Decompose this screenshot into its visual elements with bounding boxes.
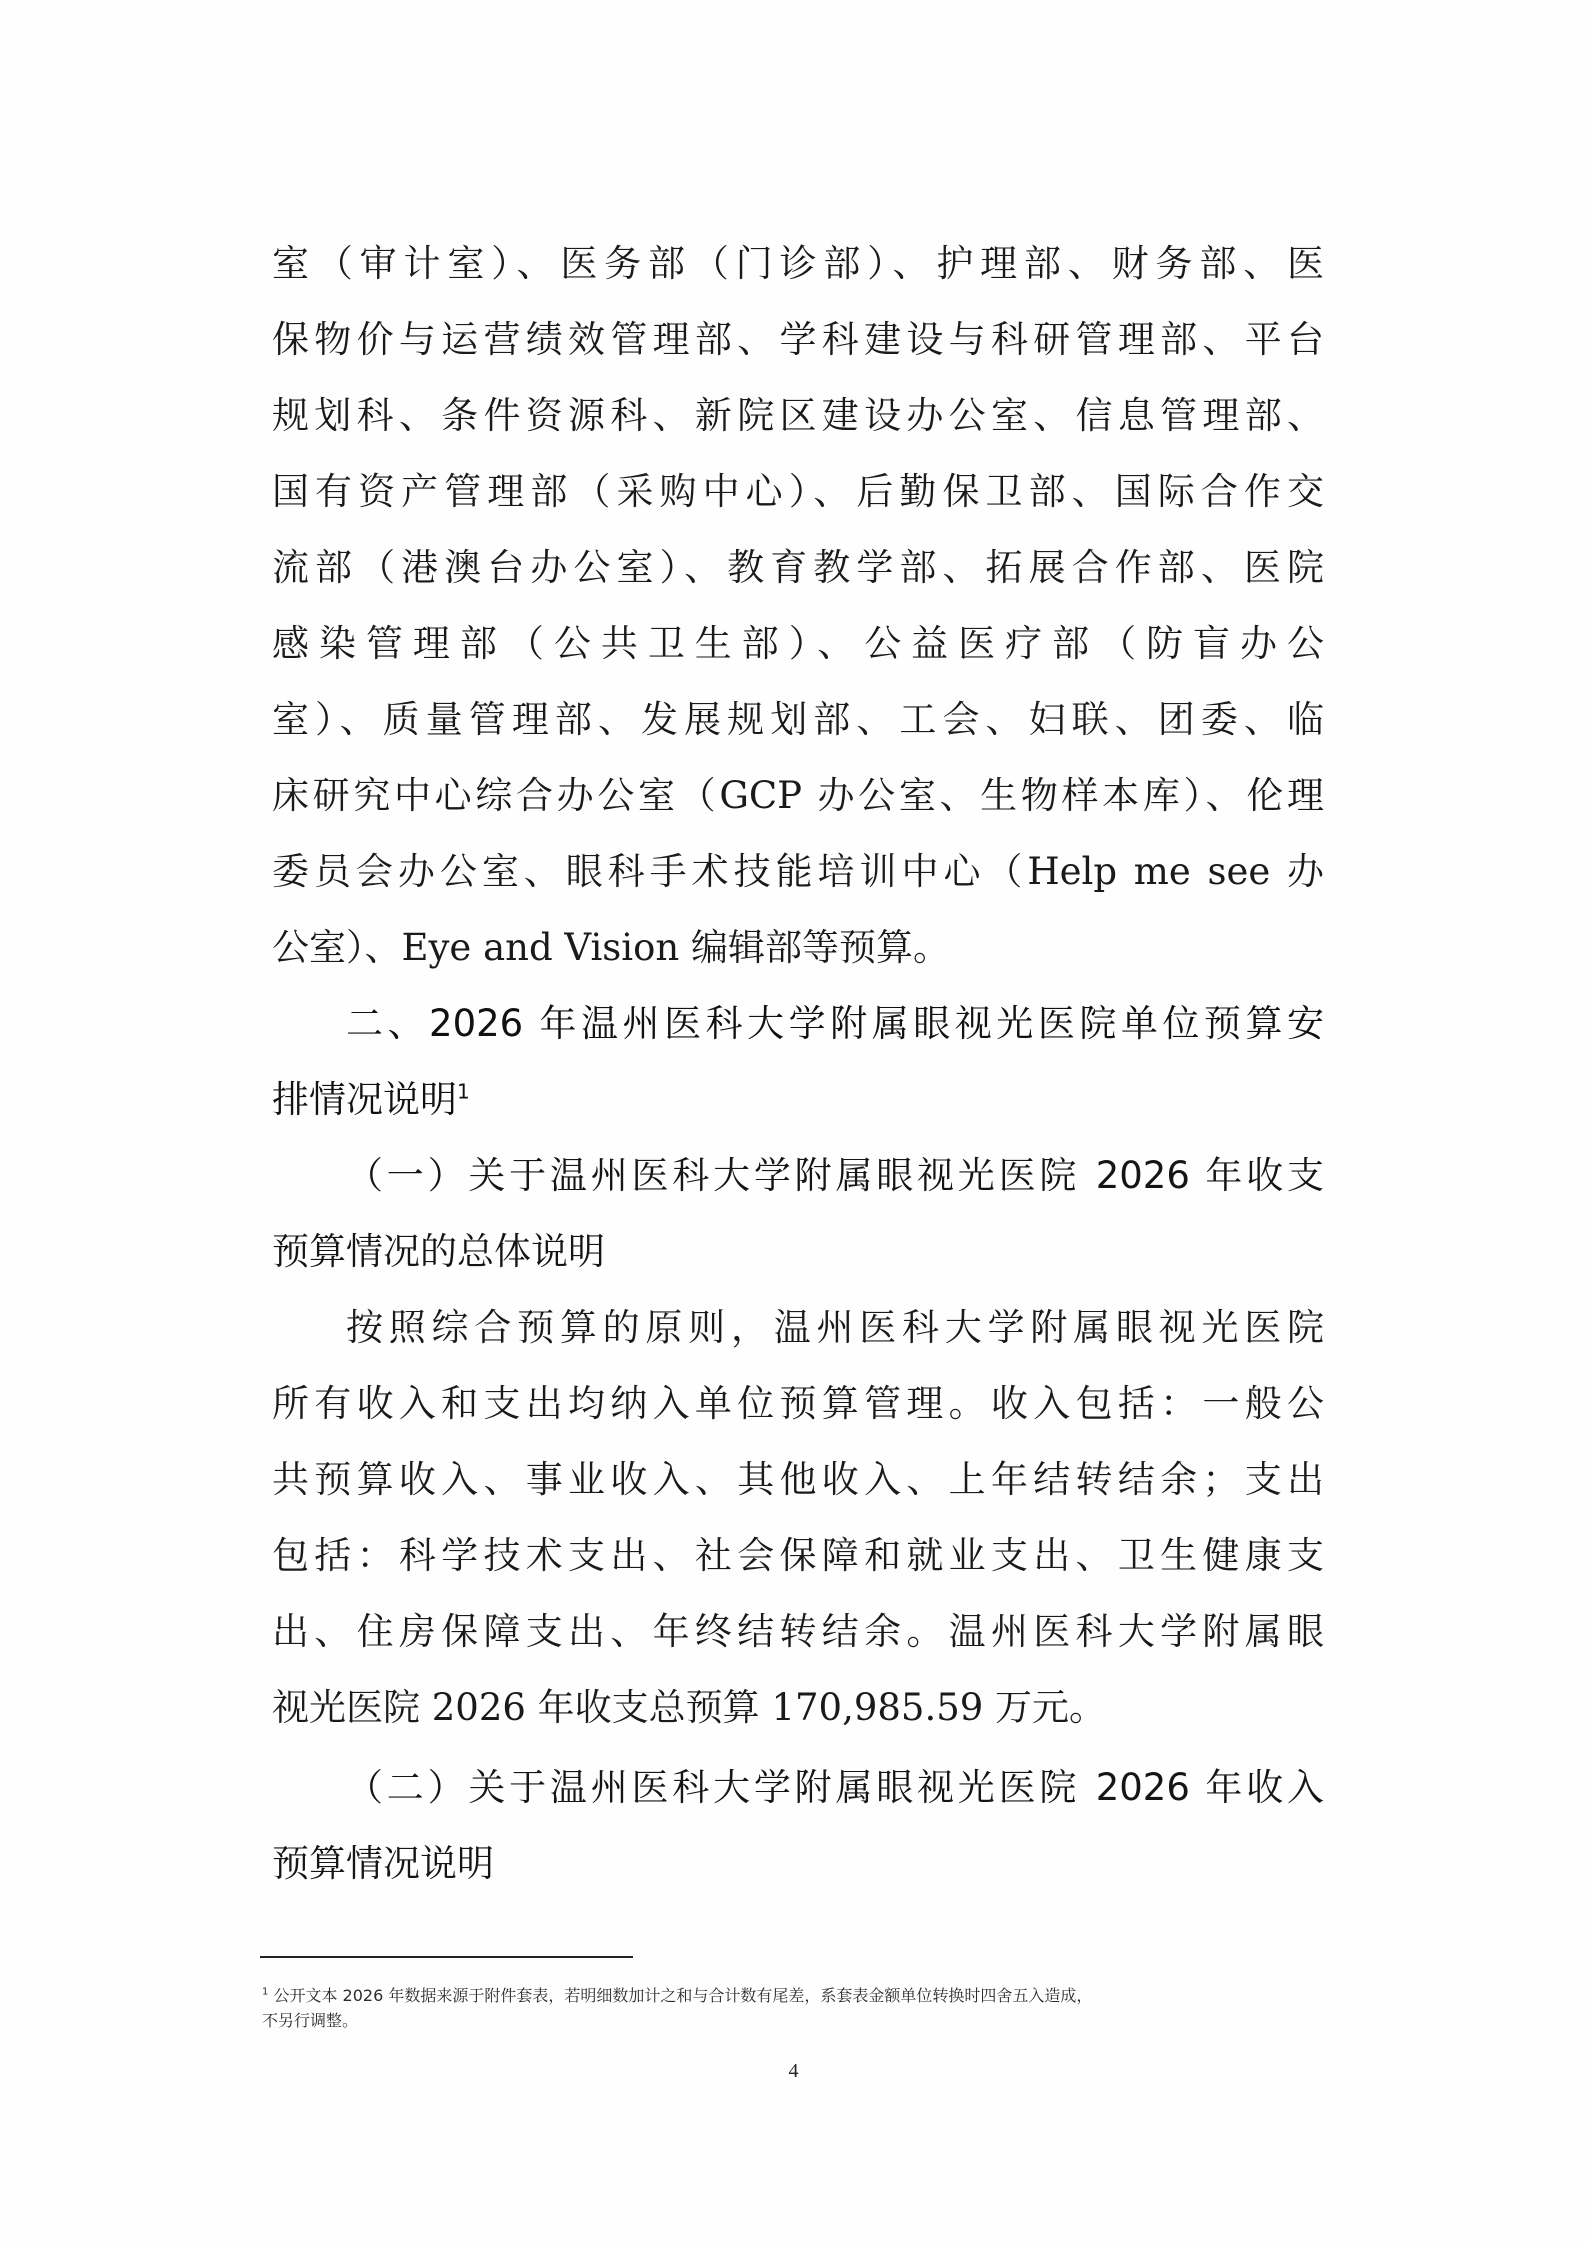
- section-heading-text: 排情况说明: [272, 1078, 457, 1121]
- body-line: 感染管理部（公共卫生部）、公益医疗部（防盲办公: [272, 620, 1324, 668]
- footnote-marker: 1: [262, 1987, 268, 1998]
- body-line: 国有资产管理部（采购中心）、后勤保卫部、国际合作交: [272, 468, 1324, 516]
- paragraph-line: 视光医院 2026 年收支总预算 170,985.59 万元。: [272, 1684, 1324, 1732]
- footnote-reference[interactable]: 1: [457, 1080, 470, 1104]
- footnote-divider: [260, 1956, 633, 1958]
- footnote-continued: 不另行调整。: [262, 2010, 1322, 2032]
- subsection-heading: （二）关于温州医科大学附属眼视光医院 2026 年收入: [346, 1764, 1324, 1812]
- page-number: 4: [0, 2060, 1587, 2083]
- section-heading-continued: 排情况说明1: [272, 1076, 1324, 1124]
- paragraph-line: 所有收入和支出均纳入单位预算管理。收入包括：一般公: [272, 1380, 1324, 1428]
- footnote: 1 公开文本 2026 年数据来源于附件套表，若明细数加计之和与合计数有尾差，系…: [262, 1985, 1322, 2007]
- body-line: 委员会办公室、眼科手术技能培训中心（Help me see 办: [272, 848, 1324, 896]
- footnote-text: 公开文本 2026 年数据来源于附件套表，若明细数加计之和与合计数有尾差，系套表…: [273, 1986, 1092, 2005]
- body-line: 室）、质量管理部、发展规划部、工会、妇联、团委、临: [272, 696, 1324, 744]
- body-line: 床研究中心综合办公室（GCP 办公室、生物样本库）、伦理: [272, 772, 1324, 820]
- paragraph-line: 共预算收入、事业收入、其他收入、上年结转结余；支出: [272, 1456, 1324, 1504]
- body-line: 规划科、条件资源科、新院区建设办公室、信息管理部、: [272, 392, 1324, 440]
- subsection-heading-continued: 预算情况说明: [272, 1840, 1324, 1888]
- body-line: 公室）、Eye and Vision 编辑部等预算。: [272, 924, 1324, 972]
- body-line: 保物价与运营绩效管理部、学科建设与科研管理部、平台: [272, 316, 1324, 364]
- body-line: 室（审计室）、医务部（门诊部）、护理部、财务部、医: [272, 240, 1324, 288]
- subsection-heading-continued: 预算情况的总体说明: [272, 1228, 1324, 1276]
- document-page: 室（审计室）、医务部（门诊部）、护理部、财务部、医 保物价与运营绩效管理部、学科…: [0, 0, 1587, 2243]
- paragraph-line: 出、住房保障支出、年终结转结余。温州医科大学附属眼: [272, 1608, 1324, 1656]
- subsection-heading: （一）关于温州医科大学附属眼视光医院 2026 年收支: [346, 1152, 1324, 1200]
- paragraph-line: 包括：科学技术支出、社会保障和就业支出、卫生健康支: [272, 1532, 1324, 1580]
- body-line: 流部（港澳台办公室）、教育教学部、拓展合作部、医院: [272, 544, 1324, 592]
- section-heading: 二、2026 年温州医科大学附属眼视光医院单位预算安: [346, 1000, 1324, 1048]
- paragraph-line: 按照综合预算的原则，温州医科大学附属眼视光医院: [346, 1304, 1324, 1352]
